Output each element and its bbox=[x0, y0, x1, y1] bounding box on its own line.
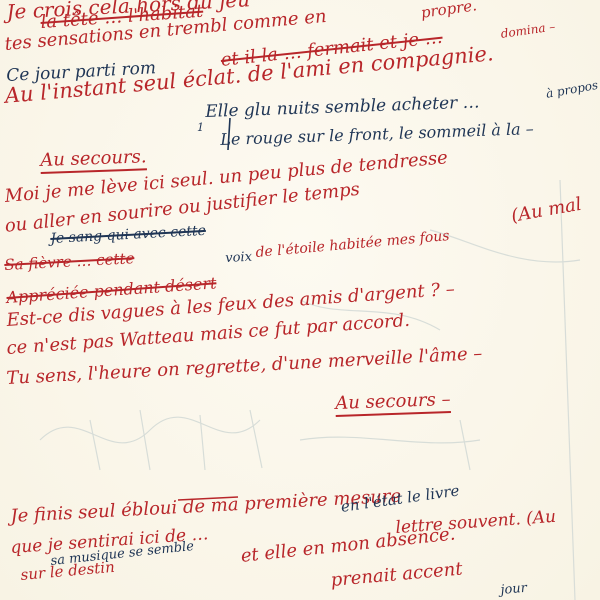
handwritten-line: jour bbox=[500, 582, 527, 597]
handwritten-line: voix bbox=[225, 251, 252, 265]
handwritten-line: Au secours – bbox=[335, 391, 451, 413]
handwritten-line: 1 bbox=[197, 122, 204, 133]
handwritten-line: Au secours. bbox=[40, 148, 147, 170]
